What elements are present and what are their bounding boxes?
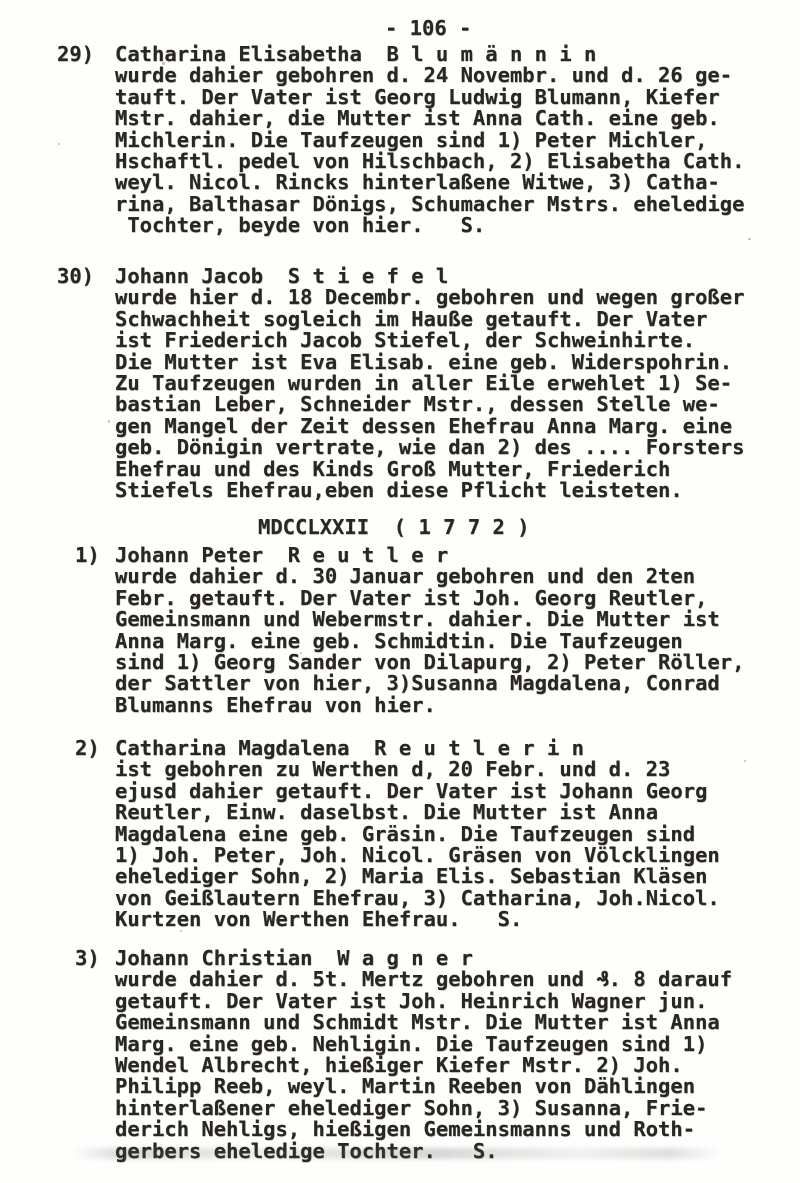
entry-text-line: gen Mangel der Zeit dessen Ehefrau Anna … xyxy=(115,416,744,437)
entry-name-line: Johann Christian W a g n e r xyxy=(115,948,732,969)
scan-speck xyxy=(162,62,165,65)
entry-text-line: geb. Dönigin vertrate, wie dan 2) des ..… xyxy=(115,437,744,458)
entry-number: 3) xyxy=(57,948,115,969)
record-entry-2: 2)Catharina Magdalena R e u t l e r i ni… xyxy=(57,738,720,931)
entry-text-line: Gemeinsmann und Schmidt Mstr. Die Mutter… xyxy=(115,1012,732,1033)
entry-text-line: Magdalena eine geb. Gräsin. Die Taufzeug… xyxy=(115,824,720,845)
entry-text-line: ejusd dahier getauft. Der Vater ist Joha… xyxy=(115,781,720,802)
entry-text-line: Ehefrau und des Kinds Groß Mutter, Fried… xyxy=(115,459,744,480)
entry-text-line: Michlerin. Die Taufzeugen sind 1) Peter … xyxy=(115,130,744,151)
entry-text-line: rina, Balthasar Dönigs, Schumacher Mstrs… xyxy=(115,194,744,215)
scan-speck xyxy=(300,652,302,654)
entry-text-line: hinterlaßener ehelediger Sohn, 3) Susann… xyxy=(115,1098,732,1119)
record-entry-29: 29)Catharina Elisabetha B l u m ä n n i … xyxy=(57,44,744,237)
record-entry-30: 30)Johann Jacob S t i e f e lwurde hier … xyxy=(57,266,744,501)
entry-text-line: Mstr. dahier, die Mutter ist Anna Cath. … xyxy=(115,108,744,129)
entry-text-line: derich Nehligs, hießigen Gemeinsmanns un… xyxy=(115,1119,732,1140)
entry-text-line: von Geißlautern Ehefrau, 3) Catharina, J… xyxy=(115,888,720,909)
entry-text-line: tauft. Der Vater ist Georg Ludwig Bluman… xyxy=(115,87,744,108)
entry-text-line: Gemeinsmann und Webermstr. dahier. Die M… xyxy=(115,609,744,630)
scanned-page: - 106 - MDCCLXXII ( 1 7 7 2 ) 29)Cathari… xyxy=(0,0,800,1183)
entry-text-line: sind 1) Georg Sander von Dilapurg, 2) Pe… xyxy=(115,652,744,673)
entry-text-line: Zu Taufzeugen wurden in aller Eile erweh… xyxy=(115,373,744,394)
year-heading: MDCCLXXII ( 1 7 7 2 ) xyxy=(258,517,530,538)
entry-text-line: weyl. Nicol. Rincks hinterlaßene Witwe, … xyxy=(115,172,744,193)
entry-name-line: Johann Peter R e u t l e r xyxy=(115,545,744,566)
entry-text-line: Anna Marg. eine geb. Schmidtin. Die Tauf… xyxy=(115,631,744,652)
entry-text-line: Stiefels Ehefrau,eben diese Pflicht leis… xyxy=(115,480,744,501)
entry-text-line: 1) Joh. Peter, Joh. Nicol. Gräsen von Vö… xyxy=(115,845,720,866)
entry-text-line: Philipp Reeb, weyl. Martin Reeben von Dä… xyxy=(115,1076,732,1097)
entry-body: Johann Christian W a g n e rwurde dahier… xyxy=(115,948,732,1162)
scan-speck xyxy=(744,760,746,762)
record-entry-1: 1)Johann Peter R e u t l e rwurde dahier… xyxy=(57,545,744,716)
entry-number: 1) xyxy=(57,545,115,566)
entry-text-line: Kurtzen von Werthen Ehefrau. S. xyxy=(115,909,720,930)
page-number: - 106 - xyxy=(385,18,471,39)
entry-body: Johann Peter R e u t l e rwurde dahier d… xyxy=(115,545,744,716)
entry-name-line: Catharina Magdalena R e u t l e r i n xyxy=(115,738,720,759)
scan-speck xyxy=(58,143,60,145)
entry-text-line: Die Mutter ist Eva Elisab. eine geb. Wid… xyxy=(115,352,744,373)
record-entry-3: 3)Johann Christian W a g n e rwurde dahi… xyxy=(57,948,732,1162)
scan-speck xyxy=(108,420,110,423)
entry-text-line: Marg. eine geb. Nehligin. Die Taufzeugen… xyxy=(115,1034,732,1055)
entry-number: 29) xyxy=(57,44,115,65)
entry-body: Catharina Magdalena R e u t l e r i nist… xyxy=(115,738,720,931)
entry-name-line: Johann Jacob S t i e f e l xyxy=(115,266,744,287)
entry-number: 30) xyxy=(57,266,115,287)
entry-text-line: bastian Leber, Schneider Mstr., dessen S… xyxy=(115,394,744,415)
entry-text-line: Hschaftl. pedel von Hilschbach, 2) Elisa… xyxy=(115,151,744,172)
entry-text-line: wurde dahier gebohren d. 24 Novembr. und… xyxy=(115,65,744,86)
entry-number: 2) xyxy=(57,738,115,759)
entry-text-line: getauft. Der Vater ist Joh. Heinrich Wag… xyxy=(115,991,732,1012)
entry-text-line: ist Friederich Jacob Stiefel, der Schwei… xyxy=(115,330,744,351)
entry-text-line: Schwachheit sogleich im Hauße getauft. D… xyxy=(115,309,744,330)
entry-text-line: Reutler, Einw. daselbst. Die Mutter ist … xyxy=(115,802,720,823)
entry-body: Johann Jacob S t i e f e lwurde hier d. … xyxy=(115,266,744,501)
scan-speck xyxy=(560,898,563,901)
entry-text-line: wurde dahier d. 30 Januar gebohren und d… xyxy=(115,566,744,587)
entry-name-line: Catharina Elisabetha B l u m ä n n i n xyxy=(115,44,744,65)
entry-text-line: wurde hier d. 18 Decembr. gebohren und w… xyxy=(115,287,744,308)
scan-speck xyxy=(180,930,182,932)
entry-text-line: Febr. getauft. Der Vater ist Joh. Georg … xyxy=(115,588,744,609)
entry-text-line: der Sattler von hier, 3)Susanna Magdalen… xyxy=(115,673,744,694)
entry-body: Catharina Elisabetha B l u m ä n n i nwu… xyxy=(115,44,744,237)
entry-text-line: Blumanns Ehefrau von hier. xyxy=(115,695,744,716)
scan-smudge xyxy=(72,1148,722,1159)
entry-text-line: Tochter, beyde von hier. S. xyxy=(115,215,744,236)
entry-text-line: wurde dahier d. 5t. Mertz gebohren und ₰… xyxy=(115,969,732,990)
entry-text-line: ist gebohren zu Werthen d, 20 Febr. und … xyxy=(115,759,720,780)
entry-text-line: ehelediger Sohn, 2) Maria Elis. Sebastia… xyxy=(115,866,720,887)
entry-text-line: Wendel Albrecht, hießiger Kiefer Mstr. 2… xyxy=(115,1055,732,1076)
scan-speck xyxy=(748,238,751,240)
